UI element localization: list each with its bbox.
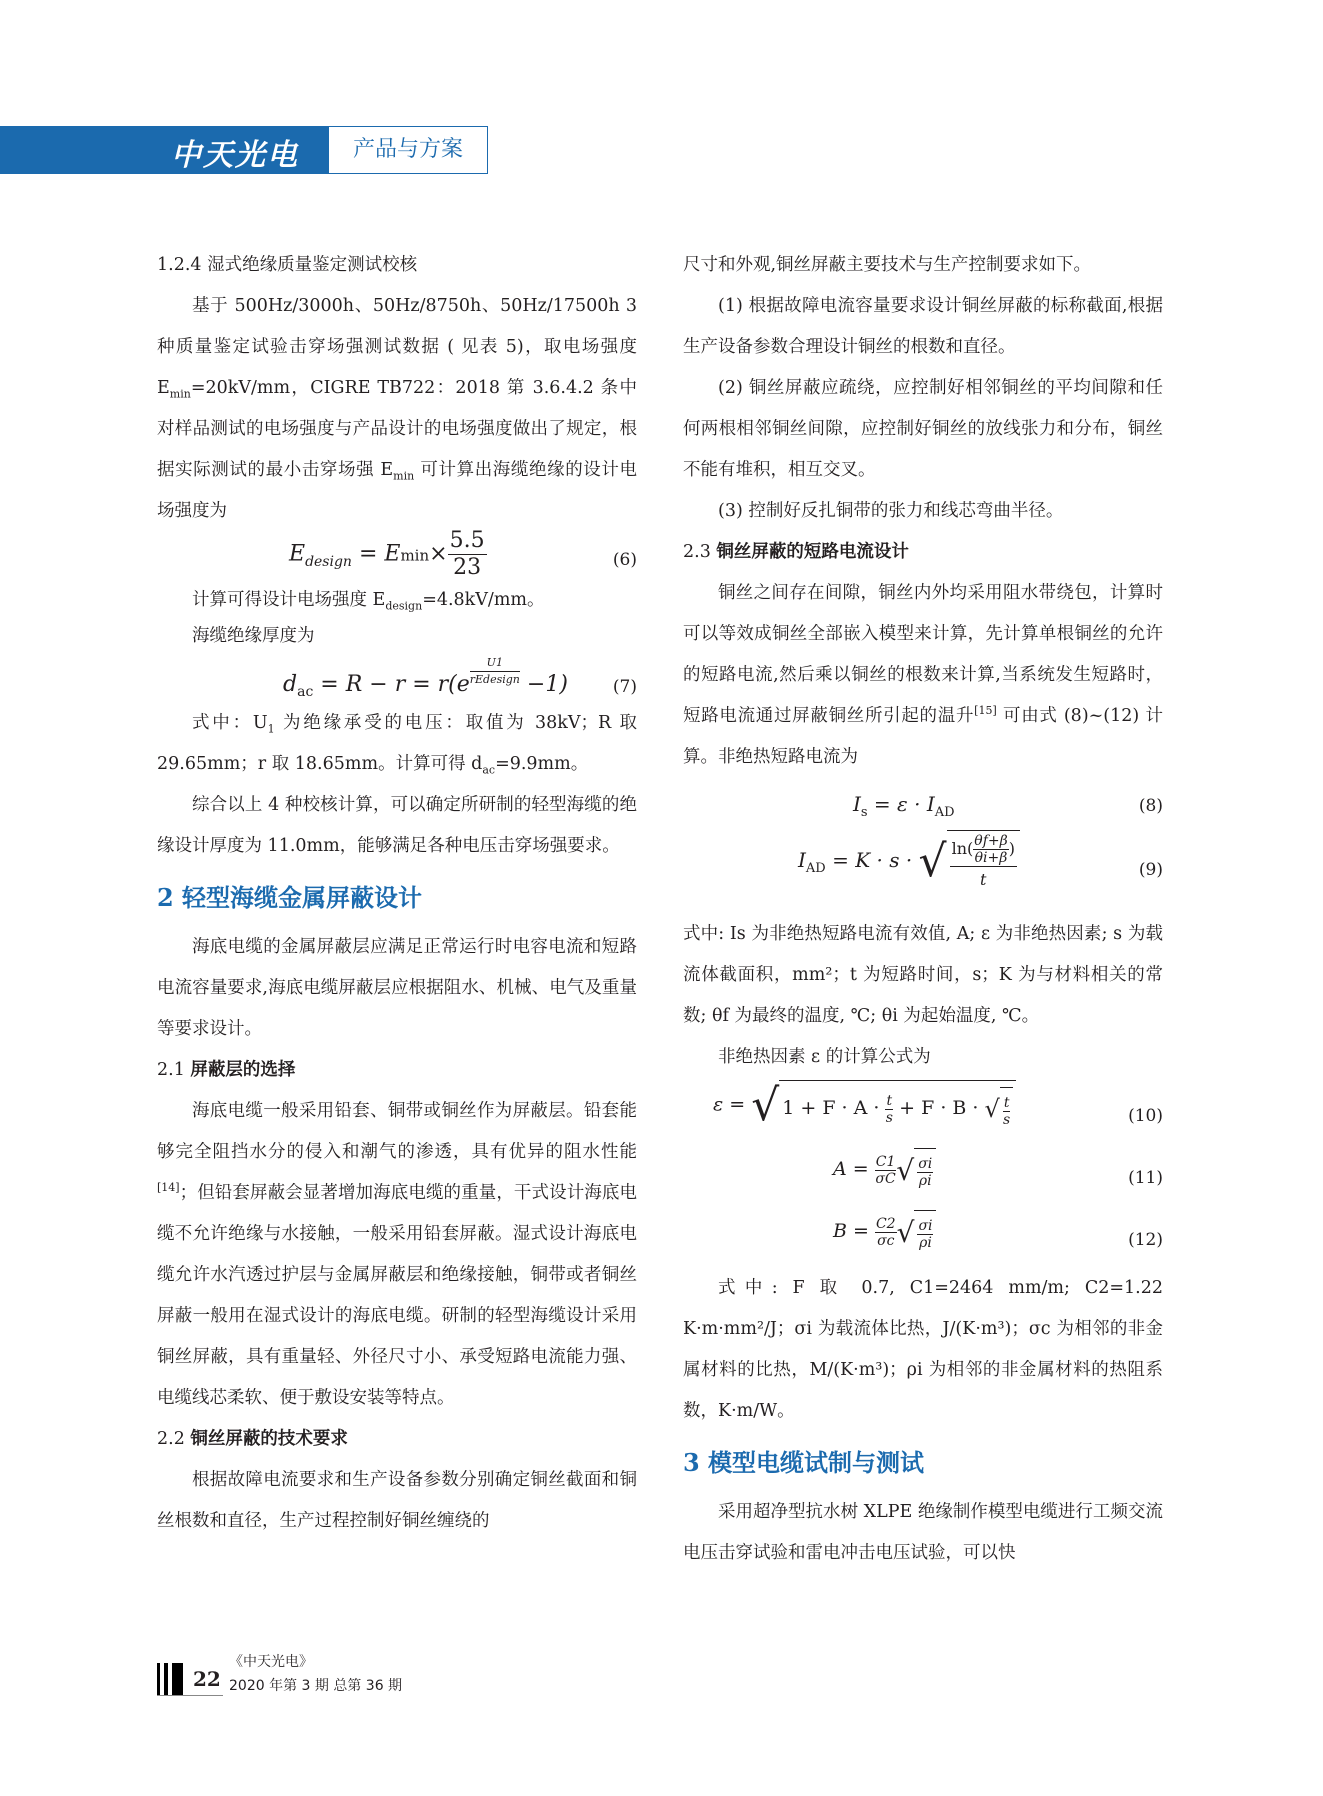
- paragraph: 海底电缆一般采用铅套、铜带或铜丝作为屏蔽层。铅套能够完全阻挡水分的侵入和潮气的渗…: [157, 1091, 637, 1419]
- section-title-2: 2 轻型海缆金属屏蔽设计: [157, 871, 637, 925]
- equation-7: dac = R − r = r(eU1rEdesign −1) (7): [157, 657, 637, 703]
- subsection-title-2-2: 2.2 铜丝屏蔽的技术要求: [157, 1419, 637, 1460]
- list-item-3: (3) 控制好反扎铜带的张力和线芯弯曲半径。: [683, 491, 1163, 532]
- page-footer: 22 《中天光电》 2020 年第 3 期 总第 36 期: [157, 1647, 457, 1707]
- paragraph: 海缆绝缘厚度为: [157, 616, 637, 657]
- equation-number: (6): [613, 540, 637, 581]
- section-label: 产品与方案: [329, 127, 487, 173]
- subsection-title-2-3: 2.3 铜丝屏蔽的短路电流设计: [683, 532, 1163, 573]
- paragraph: 非绝热因素 ε 的计算公式为: [683, 1037, 1163, 1078]
- equation-11: A = C1σC√σiρi (11): [683, 1144, 1163, 1206]
- section-title-3: 3 模型电缆试制与测试: [683, 1436, 1163, 1490]
- issue-info: 2020 年第 3 期 总第 36 期: [229, 1675, 402, 1695]
- paragraph: 计算可得设计电场强度 Edesign=4.8kV/mm。: [157, 584, 637, 616]
- paragraph: 基于 500Hz/3000h、50Hz/8750h、50Hz/17500h 3 …: [157, 286, 637, 532]
- subsection-title-1-2-4: 1.2.4 湿式绝缘质量鉴定测试校核: [157, 245, 637, 286]
- subsection-title-2-1: 2.1 屏蔽层的选择: [157, 1050, 637, 1091]
- list-item-1: (1) 根据故障电流容量要求设计铜丝屏蔽的标称截面,根据生产设备参数合理设计铜丝…: [683, 286, 1163, 368]
- citation: [15]: [974, 704, 997, 717]
- paragraph: 根据故障电流要求和生产设备参数分别确定铜丝截面和铜丝根数和直径，生产过程控制好铜…: [157, 1460, 637, 1542]
- equation-12: B = C2σc√σiρi (12): [683, 1206, 1163, 1268]
- equation-number: (11): [1128, 1158, 1163, 1199]
- left-column: 1.2.4 湿式绝缘质量鉴定测试校核 基于 500Hz/3000h、50Hz/8…: [157, 245, 637, 1542]
- header-banner: 中天光电 产品与方案: [0, 126, 488, 174]
- brand-bar: 中天光电: [0, 126, 329, 174]
- right-column: 尺寸和外观,铜丝屏蔽主要技术与生产控制要求如下。 (1) 根据故障电流容量要求设…: [683, 245, 1163, 1574]
- paragraph: 式中：U1 为绝缘承受的电压：取值为 38kV；R 取 29.65mm；r 取 …: [157, 703, 637, 785]
- paragraph: 式中: Is 为非绝热短路电流有效值, A; ε 为非绝热因素; s 为载流体截…: [683, 914, 1163, 1037]
- footer-bars-icon: [157, 1663, 185, 1695]
- paragraph: 海底电缆的金属屏蔽层应满足正常运行时电容电流和短路电流容量要求,海底电缆屏蔽层应…: [157, 927, 637, 1050]
- paragraph: 采用超净型抗水树 XLPE 绝缘制作模型电缆进行工频交流电压击穿试验和雷电冲击电…: [683, 1492, 1163, 1574]
- equation-6: Edesign = Emin×5.523 (6): [157, 532, 637, 584]
- equation-8: Is = ε · IAD (8): [683, 778, 1163, 822]
- footer-divider: [157, 1695, 223, 1696]
- equation-9: IAD = K · s · √ln(θf+βθi+β)t (9): [683, 822, 1163, 914]
- page-number: 22: [193, 1667, 221, 1691]
- paragraph: 综合以上 4 种校核计算，可以确定所研制的轻型海缆的绝缘设计厚度为 11.0mm…: [157, 785, 637, 867]
- section-tag: 产品与方案: [329, 126, 488, 174]
- equation-number: (10): [1128, 1096, 1163, 1137]
- equation-number: (7): [613, 667, 637, 708]
- paragraph: 铜丝之间存在间隙，铜丝内外均采用阻水带绕包，计算时可以等效成铜丝全部嵌入模型来计…: [683, 573, 1163, 778]
- equation-number: (12): [1128, 1220, 1163, 1261]
- paragraph: 尺寸和外观,铜丝屏蔽主要技术与生产控制要求如下。: [683, 245, 1163, 286]
- brand-logo: 中天光电: [171, 130, 299, 174]
- equation-10: ε = √1 + F · A · ts + F · B · √ts (10): [683, 1078, 1163, 1144]
- equation-number: (8): [1139, 786, 1163, 827]
- journal-name: 《中天光电》: [229, 1651, 313, 1671]
- equation-number: (9): [1139, 850, 1163, 891]
- paragraph: 式中: F 取 0.7, C1=2464 mm/m; C2=1.22 K·m·m…: [683, 1268, 1163, 1432]
- citation: [14]: [157, 1181, 180, 1194]
- list-item-2: (2) 铜丝屏蔽应疏绕，应控制好相邻铜丝的平均间隙和任何两根相邻铜丝间隙，应控制…: [683, 368, 1163, 491]
